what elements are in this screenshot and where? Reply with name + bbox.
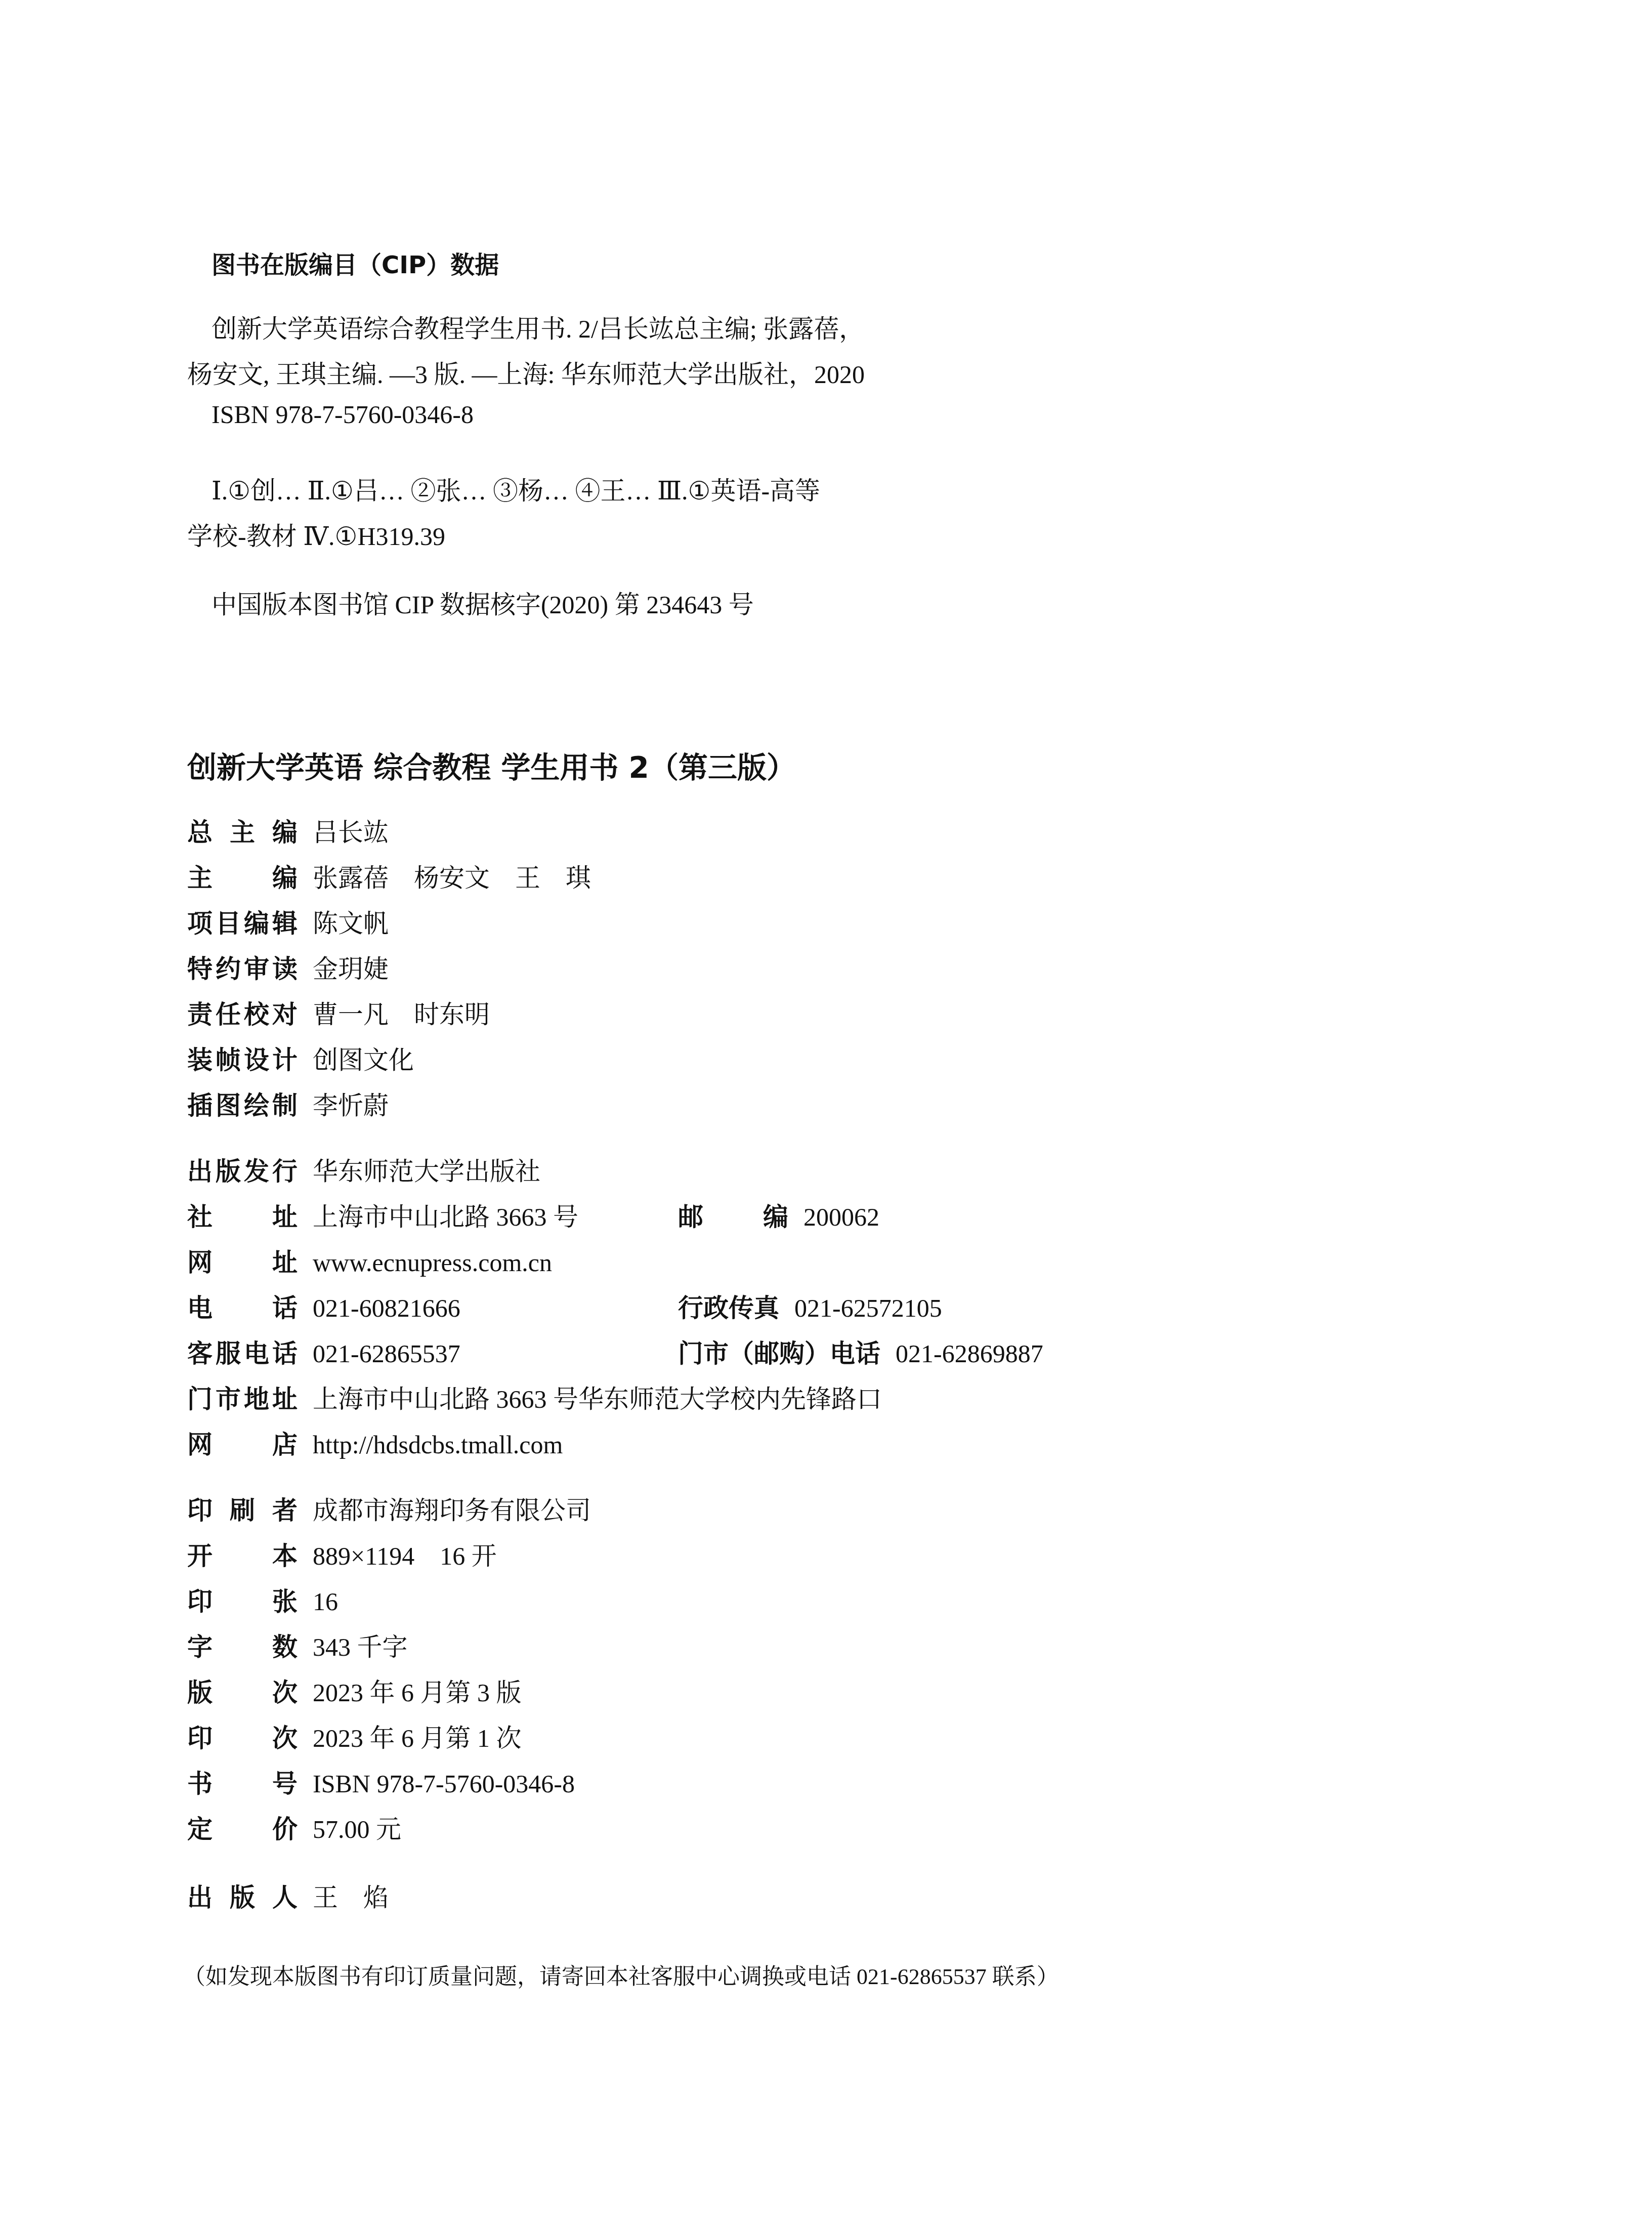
printing-row: 字 数 343 千字 <box>187 1627 408 1663</box>
publisher-label: 客服电话 <box>187 1333 298 1370</box>
printing-row: 定 价 57.00 元 <box>187 1809 401 1845</box>
publisher-row: 出版发行 华东师范大学出版社 <box>187 1151 540 1188</box>
credit-row: 装帧设计 创图文化 <box>187 1040 414 1076</box>
credit-label: 项目编辑 <box>187 903 298 940</box>
website-link[interactable]: www.ecnupress.com.cn <box>313 1248 552 1277</box>
publisher-label: 门市地址 <box>187 1379 298 1415</box>
store-phone-label: 门市（邮购）电话 <box>678 1333 880 1370</box>
credit-value: 创图文化 <box>313 1040 414 1076</box>
cip-number: 中国版本图书馆 CIP 数据核字(2020) 第 234643 号 <box>211 584 754 621</box>
printing-row: 书 号 ISBN 978-7-5760-0346-8 <box>187 1763 575 1800</box>
credit-value: 金玥婕 <box>313 949 389 985</box>
credit-label: 插图绘制 <box>187 1085 298 1122</box>
credit-row: 项目编辑 陈文帆 <box>187 903 389 940</box>
printing-label: 版 次 <box>187 1672 298 1709</box>
store-phone-value: 021-62869887 <box>896 1339 1043 1368</box>
credit-label: 主 编 <box>187 858 298 894</box>
credit-label: 总 主 编 <box>187 812 298 849</box>
publisher-label: 网 址 <box>187 1242 298 1279</box>
printing-value: 2023 年 6 月第 1 次 <box>313 1718 522 1754</box>
publisher-row: 网 店 http://hdsdcbs.tmall.com <box>187 1424 563 1461</box>
credit-label: 责任校对 <box>187 994 298 1031</box>
printing-label: 印 刷 者 <box>187 1490 298 1527</box>
printing-row: 开 本 889×1194 16 开 <box>187 1536 497 1572</box>
printing-row: 印 张 16 <box>187 1581 338 1618</box>
printing-row: 印 刷 者 成都市海翔印务有限公司 <box>187 1490 591 1527</box>
publisher-row: 电 话 021-60821666 <box>187 1288 460 1324</box>
credit-value: 吕长竑 <box>313 812 389 849</box>
publisher-person-value: 王 焰 <box>313 1877 389 1914</box>
printing-row: 印 次 2023 年 6 月第 1 次 <box>187 1718 522 1754</box>
credit-row: 责任校对 曹一凡 时东明 <box>187 994 490 1031</box>
publisher-value: 上海市中山北路 3663 号 <box>313 1197 578 1233</box>
online-store-link[interactable]: http://hdsdcbs.tmall.com <box>313 1430 563 1459</box>
printing-label: 字 数 <box>187 1627 298 1663</box>
credit-row: 插图绘制 李忻蔚 <box>187 1085 389 1122</box>
publisher-person-label: 出 版 人 <box>187 1877 298 1914</box>
credit-value: 李忻蔚 <box>313 1085 389 1122</box>
credit-value: 曹一凡 时东明 <box>313 994 490 1031</box>
publisher-value: 上海市中山北路 3663 号华东师范大学校内先锋路口 <box>313 1379 882 1415</box>
credit-label: 装帧设计 <box>187 1040 298 1076</box>
credit-value: 张露蓓 杨安文 王 琪 <box>313 858 591 894</box>
cip-line: 杨安文, 王琪主编. —3 版. —上海: 华东师范大学出版社，2020 <box>187 354 865 391</box>
printing-value: ISBN 978-7-5760-0346-8 <box>313 1769 575 1798</box>
credit-label: 特约审读 <box>187 949 298 985</box>
cip-line: 创新大学英语综合教程学生用书. 2/吕长竑总主编; 张露蓓， <box>211 309 864 345</box>
store-phone-row: 门市（邮购）电话 021-62869887 <box>678 1333 1043 1370</box>
printing-value: 成都市海翔印务有限公司 <box>313 1490 591 1527</box>
publisher-row: 客服电话 021-62865537 <box>187 1333 460 1370</box>
fax-value: 021-62572105 <box>794 1293 942 1323</box>
printing-value: 57.00 元 <box>313 1809 401 1845</box>
credit-row: 主 编 张露蓓 杨安文 王 琪 <box>187 858 591 894</box>
printing-label: 开 本 <box>187 1536 298 1572</box>
publisher-label: 电 话 <box>187 1288 298 1324</box>
publisher-label: 出版发行 <box>187 1151 298 1188</box>
printing-label: 书 号 <box>187 1763 298 1800</box>
printing-value: 2023 年 6 月第 3 版 <box>313 1672 522 1709</box>
printing-value: 16 <box>313 1587 338 1616</box>
publisher-row: 门市地址 上海市中山北路 3663 号华东师范大学校内先锋路口 <box>187 1379 882 1415</box>
publisher-value: 华东师范大学出版社 <box>313 1151 540 1188</box>
printing-label: 定 价 <box>187 1809 298 1845</box>
publisher-value: 021-60821666 <box>313 1293 460 1323</box>
publisher-person-row: 出 版 人 王 焰 <box>187 1877 389 1914</box>
publisher-row: 网 址 www.ecnupress.com.cn <box>187 1242 552 1279</box>
cip-classification: 学校-教材 Ⅳ.①H319.39 <box>187 516 445 553</box>
book-title: 创新大学英语 综合教程 学生用书 2（第三版） <box>187 744 796 786</box>
credit-row: 特约审读 金玥婕 <box>187 949 389 985</box>
publisher-row: 社 址 上海市中山北路 3663 号 <box>187 1197 578 1233</box>
publisher-value: 021-62865537 <box>313 1339 460 1368</box>
postcode-label: 邮 编 <box>678 1197 788 1233</box>
credit-value: 陈文帆 <box>313 903 389 940</box>
postcode-value: 200062 <box>803 1202 879 1232</box>
printing-value: 889×1194 16 开 <box>313 1536 497 1572</box>
publisher-label: 网 店 <box>187 1424 298 1461</box>
printing-label: 印 次 <box>187 1718 298 1754</box>
printing-value: 343 千字 <box>313 1627 408 1663</box>
fax-row: 行政传真 021-62572105 <box>678 1288 942 1324</box>
footer-note: （如发现本版图书有印订质量问题，请寄回本社客服中心调换或电话 021-62865… <box>183 1958 1059 1991</box>
printing-row: 版 次 2023 年 6 月第 3 版 <box>187 1672 522 1709</box>
publisher-label: 社 址 <box>187 1197 298 1233</box>
printing-label: 印 张 <box>187 1581 298 1618</box>
cip-heading: 图书在版编目（CIP）数据 <box>211 245 499 280</box>
cip-line: ISBN 978-7-5760-0346-8 <box>211 400 474 429</box>
fax-label: 行政传真 <box>678 1288 779 1324</box>
postcode-row: 邮 编 200062 <box>678 1197 879 1233</box>
cip-classification: Ⅰ.①创… Ⅱ.①吕… ②张… ③杨… ④王… Ⅲ.①英语-高等 <box>211 471 820 507</box>
credit-row: 总 主 编 吕长竑 <box>187 812 389 849</box>
